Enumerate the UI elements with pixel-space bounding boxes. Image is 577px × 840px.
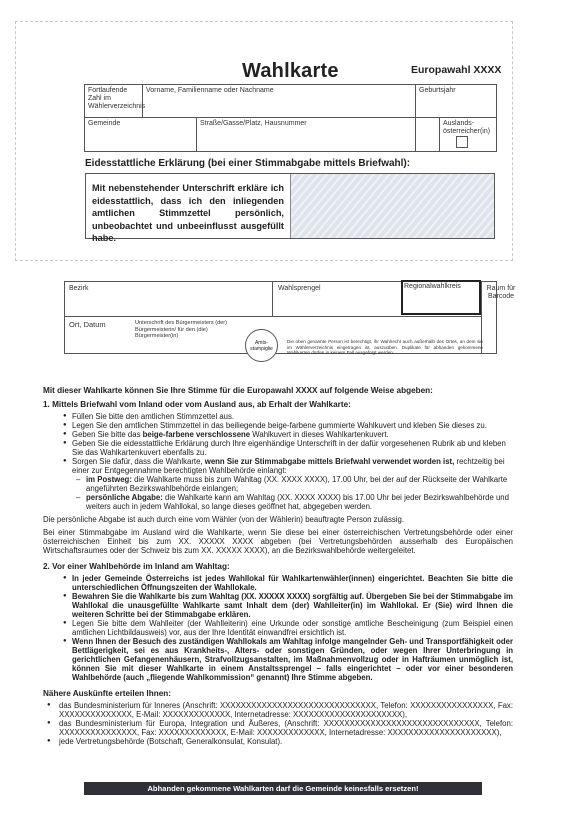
document-title: Wahlkarte bbox=[242, 60, 339, 83]
list-item: das Bundesministerium für Inneres (Ansch… bbox=[47, 701, 513, 719]
instructions: Mit dieser Wahlkarte können Sie Ihre Sti… bbox=[43, 386, 513, 746]
list-item: jede Vertretungsbehörde (Botschaft, Gene… bbox=[47, 737, 513, 746]
name-label: Vorname, Familienname oder Nachname bbox=[146, 87, 274, 94]
proxy-note: Die persönliche Abgabe ist auch durch ei… bbox=[43, 515, 513, 524]
list-item: Wenn Ihnen der Besuch des zuständigen Wa… bbox=[63, 637, 513, 682]
section1-heading: 1. Mittels Briefwahl vom Inland oder vom… bbox=[43, 400, 513, 409]
regional-constituency-label: Regionalwahlkreis bbox=[404, 283, 461, 290]
stamp-label: Amts-stampiglie bbox=[250, 340, 273, 352]
mayor-signature-label: Unterschrift des Bürgermeisters (der) Bü… bbox=[135, 320, 235, 340]
list-item: In jeder Gemeinde Österreichs ist jedes … bbox=[63, 574, 513, 592]
list-item: Legen Sie den amtlichen Stimmzettel in d… bbox=[63, 421, 513, 430]
instructions-lead: Mit dieser Wahlkarte können Sie Ihre Sti… bbox=[43, 386, 513, 395]
district-label: Bezirk bbox=[69, 285, 88, 292]
serial-number-field[interactable]: Fortlaufende Zahl im Wählerverzeichnis bbox=[85, 85, 143, 118]
election-name: Europawahl XXXX bbox=[411, 64, 501, 76]
sub-item-personal: persönliche Abgabe: die Wahlkarte kann a… bbox=[72, 493, 513, 511]
contacts-heading: Nähere Auskünfte erteilen Ihnen: bbox=[43, 689, 513, 698]
lost-card-warning: Abhanden gekommene Wahlkarten darf die G… bbox=[84, 782, 482, 795]
name-field[interactable]: Vorname, Familienname oder Nachname bbox=[143, 85, 416, 118]
section2-heading: 2. Vor einer Wahlbehörde im Inland am Wa… bbox=[43, 562, 513, 571]
contacts-list: das Bundesministerium für Inneres (Ansch… bbox=[47, 701, 513, 746]
sub-item-post: im Postweg: die Wahlkarte muss bis zum W… bbox=[72, 475, 513, 493]
abroad-note: Bei einer Stimmabgabe im Ausland wird di… bbox=[43, 528, 513, 555]
birth-year-label: Geburtsjahr bbox=[419, 87, 456, 94]
declaration-heading: Eidesstattliche Erklärung (bei einer Sti… bbox=[85, 158, 410, 169]
section2-list: In jeder Gemeinde Österreichs ist jedes … bbox=[63, 574, 513, 682]
regional-constituency-field[interactable]: Regionalwahlkreis bbox=[401, 280, 481, 315]
list-item: das Bundesministerium für Europa, Integr… bbox=[47, 719, 513, 737]
signature-field[interactable] bbox=[291, 174, 494, 238]
municipality-field[interactable]: Gemeinde bbox=[85, 118, 197, 152]
list-item: Geben Sie die eidesstattliche Erklärung … bbox=[63, 439, 513, 457]
serial-number-label: Fortlaufende Zahl im Wählerverzeichnis bbox=[88, 87, 145, 110]
official-details-grid: Bezirk Wahlsprengel Regionalwahlkreis Or… bbox=[64, 281, 497, 354]
list-item: Füllen Sie bitte den amtlichen Stimmzett… bbox=[63, 412, 513, 421]
polling-district-label: Wahlsprengel bbox=[278, 285, 321, 292]
section1-list: Füllen Sie bitte den amtlichen Stimmzett… bbox=[63, 412, 513, 511]
declaration-text: Mit nebenstehender Unterschrift erkläre … bbox=[86, 174, 291, 238]
abroad-field: Auslands-österreicher(in) bbox=[439, 118, 497, 152]
declaration-box: Mit nebenstehender Unterschrift erkläre … bbox=[85, 173, 495, 239]
list-item: Legen Sie bitte dem Wahlleiter (der Wahl… bbox=[63, 619, 513, 637]
abroad-label: Auslands-österreicher(in) bbox=[443, 120, 490, 135]
abroad-checkbox[interactable] bbox=[456, 136, 468, 148]
birth-year-field[interactable]: Geburtsjahr bbox=[416, 85, 497, 118]
list-item: Sorgen Sie dafür, dass die Wahlkarte, we… bbox=[63, 457, 513, 475]
place-date-label: Ort, Datum bbox=[69, 320, 106, 329]
street-label: Straße/Gasse/Platz, Hausnummer bbox=[200, 120, 307, 127]
official-stamp-circle: Amts-stampiglie bbox=[245, 329, 278, 362]
list-item: Bewahren Sie die Wahlkarte bis zum Wahlt… bbox=[63, 592, 513, 619]
street-field[interactable]: Straße/Gasse/Platz, Hausnummer bbox=[197, 118, 416, 152]
eligibility-notice: Die oben genannte Person ist berechtigt,… bbox=[287, 339, 483, 356]
barcode-space-label: Raum für Barcode bbox=[481, 285, 521, 301]
list-item: Geben Sie bitte das beige-farbene versch… bbox=[63, 430, 513, 439]
municipality-label: Gemeinde bbox=[88, 120, 120, 127]
voter-details-grid: Fortlaufende Zahl im Wählerverzeichnis V… bbox=[84, 84, 497, 152]
